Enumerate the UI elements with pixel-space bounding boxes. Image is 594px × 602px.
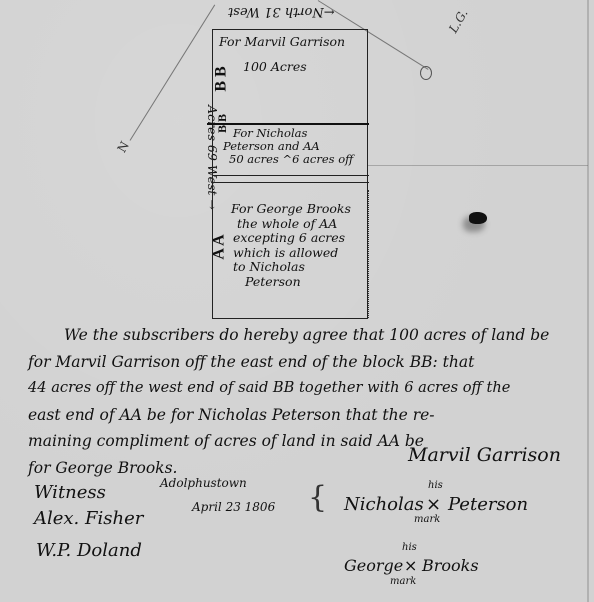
- plat-label-bb: B B: [213, 66, 231, 91]
- north-marker: N: [115, 139, 132, 155]
- brooks-mark-x: ×: [404, 556, 417, 575]
- top-bearing-label: ←North 31 West: [228, 4, 335, 19]
- faint-ruled-line: [368, 165, 588, 166]
- plat-label-bb-small: B B: [215, 114, 230, 133]
- signature-peterson-first: Nicholas: [344, 494, 424, 515]
- plat-text-line: 50 acres ^6 acres off: [229, 153, 353, 166]
- witness-date: April 23 1806: [192, 500, 275, 514]
- section-divider: [213, 175, 369, 176]
- signature-brooks-last: Brooks: [422, 556, 479, 575]
- agreement-line: for Marvil Garrison off the east end of …: [28, 349, 593, 376]
- brooks-his: his: [402, 542, 417, 553]
- plat-diagram: For Marvil Garrison 100 Acres B B For Ni…: [212, 29, 368, 319]
- witness-place: Adolphustown: [160, 476, 247, 490]
- ink-blot: [469, 212, 487, 224]
- section-divider: [213, 182, 369, 183]
- circle-mark: [420, 66, 432, 80]
- plat-text-line: For Marvil Garrison: [219, 34, 345, 49]
- peterson-his: his: [428, 480, 443, 491]
- plat-section-brooks: For George Brooks the whole of AA except…: [231, 202, 351, 289]
- signature-brooks-first: George: [344, 556, 403, 575]
- plat-text-line: which is allowed: [233, 246, 351, 261]
- witness-name-fisher: Alex. Fisher: [34, 508, 143, 529]
- document-page: N L.G. ←North 31 West Acres 69 West → Fo…: [0, 0, 594, 602]
- witness-name-doland: W.P. Doland: [36, 540, 142, 561]
- agreement-line: east end of AA be for Nicholas Peterson …: [28, 402, 593, 429]
- section-divider: [207, 123, 369, 125]
- plat-text-line: to Nicholas: [233, 260, 351, 275]
- brooks-mark-label: mark: [390, 576, 416, 587]
- corner-annotation: L.G.: [446, 7, 471, 35]
- signature-peterson-last: Peterson: [448, 494, 528, 515]
- plat-text-line: For George Brooks: [231, 202, 351, 217]
- construction-line: [130, 5, 216, 141]
- agreement-line: We the subscribers do hereby agree that …: [28, 322, 593, 349]
- witness-heading: Witness: [34, 482, 106, 503]
- bracket-mark: {: [308, 480, 327, 515]
- plat-text-line: Peterson: [245, 275, 351, 290]
- plat-label-aa: A A: [211, 234, 229, 259]
- plat-section-peterson: For Nicholas Peterson and AA 50 acres ^6…: [233, 127, 353, 166]
- plat-section-garrison: For Marvil Garrison 100 Acres: [219, 34, 345, 74]
- peterson-mark-x: ×: [426, 494, 441, 515]
- dotted-boundary: [368, 190, 369, 318]
- agreement-line: 44 acres off the west end of said BB tog…: [28, 375, 593, 402]
- plat-text-line: excepting 6 acres: [233, 231, 351, 246]
- plat-text-line: the whole of AA: [237, 217, 351, 232]
- plat-text-line: 100 Acres: [243, 59, 345, 74]
- page-edge-shadow: [587, 0, 589, 602]
- peterson-mark-label: mark: [414, 514, 440, 525]
- signature-garrison: Marvil Garrison: [408, 444, 561, 466]
